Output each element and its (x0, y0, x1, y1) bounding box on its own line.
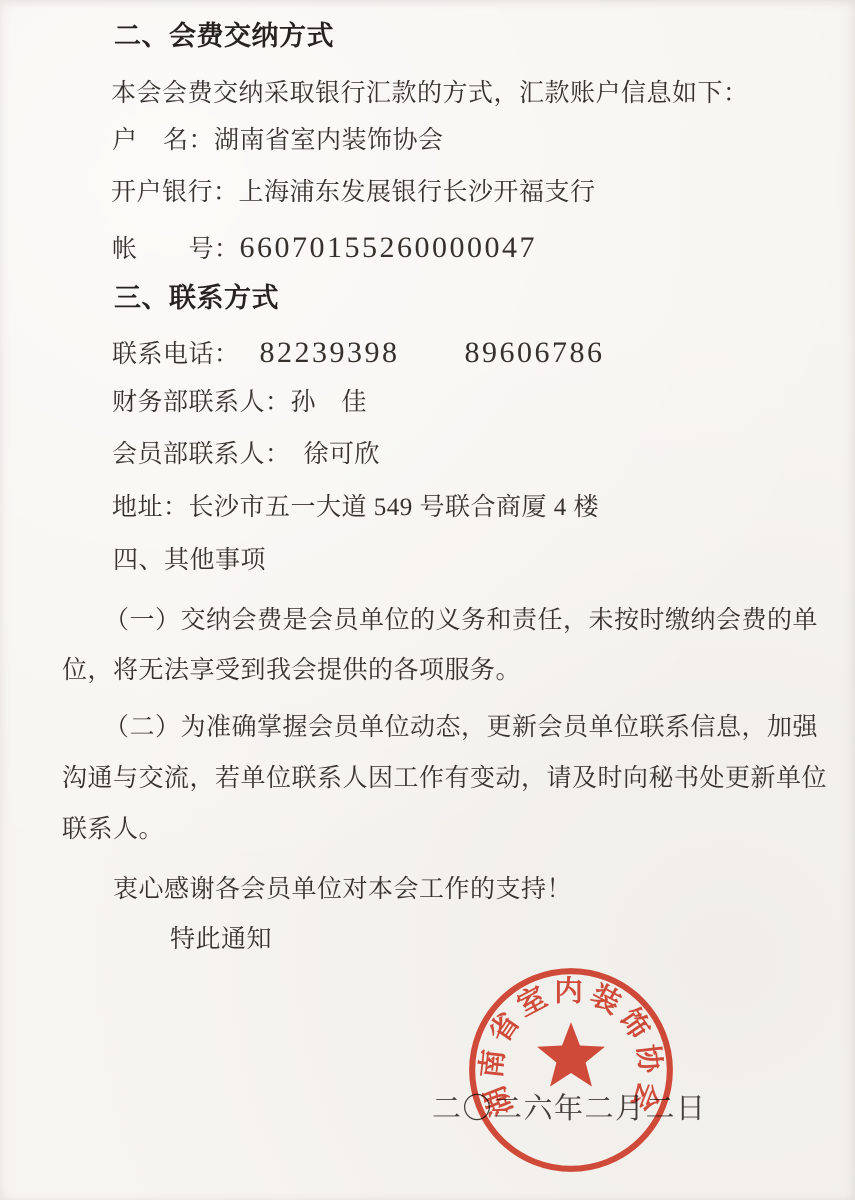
section-heading-other: 四、其他事项 (113, 547, 266, 576)
account-number-label: 帐 号： (112, 236, 240, 263)
account-number-value: 66070155260000047 (240, 231, 538, 264)
section-heading-fee-payment: 二、会费交纳方式 (114, 21, 334, 52)
section-heading-contact: 三、联系方式 (114, 283, 279, 314)
member-contact-line: 会员部联系人： 徐可欣 (112, 441, 380, 470)
address-line: 地址：长沙市五一大道 549 号联合商厦 4 楼 (112, 494, 599, 523)
other-item2-line2: 沟通与交流，若单位联系人因工作有变动，请及时向秘书处更新单位 (62, 765, 827, 794)
bank-line: 开户银行：上海浦东发展银行长沙开福支行 (111, 179, 596, 208)
closing-line: 特此通知 (170, 926, 272, 955)
scanned-notice-page: 二、会费交纳方式 本会会费交纳采取银行汇款的方式，汇款账户信息如下： 户 名：湖… (0, 0, 855, 1200)
other-item2-line3: 联系人。 (62, 816, 164, 845)
other-item1-line1: （一）交纳会费是会员单位的义务和责任，未按时缴纳会费的单 (104, 607, 818, 636)
phone-numbers: 82239398 89606786 (240, 336, 605, 369)
account-name-line: 户 名：湖南省室内装饰协会 (112, 127, 444, 156)
thanks-line: 衷心感谢各会员单位对本会工作的支持！ (113, 876, 572, 905)
finance-contact-line: 财务部联系人：孙 佳 (112, 389, 367, 418)
official-seal-stamp: 湖南省室内装饰协会 (464, 963, 678, 1177)
account-number-line: 帐 号：66070155260000047 (112, 231, 537, 266)
seal-star (537, 1022, 605, 1087)
fee-intro-line: 本会会费交纳采取银行汇款的方式，汇款账户信息如下： (111, 80, 749, 109)
phone-line: 联系电话： 82239398 89606786 (112, 336, 605, 371)
other-item1-line2: 位，将无法享受到我会提供的各项服务。 (62, 657, 521, 686)
other-item2-line1: （二）为准确掌握会员单位动态，更新会员单位联系信息，加强 (104, 714, 818, 743)
phone-label: 联系电话： (112, 341, 240, 368)
